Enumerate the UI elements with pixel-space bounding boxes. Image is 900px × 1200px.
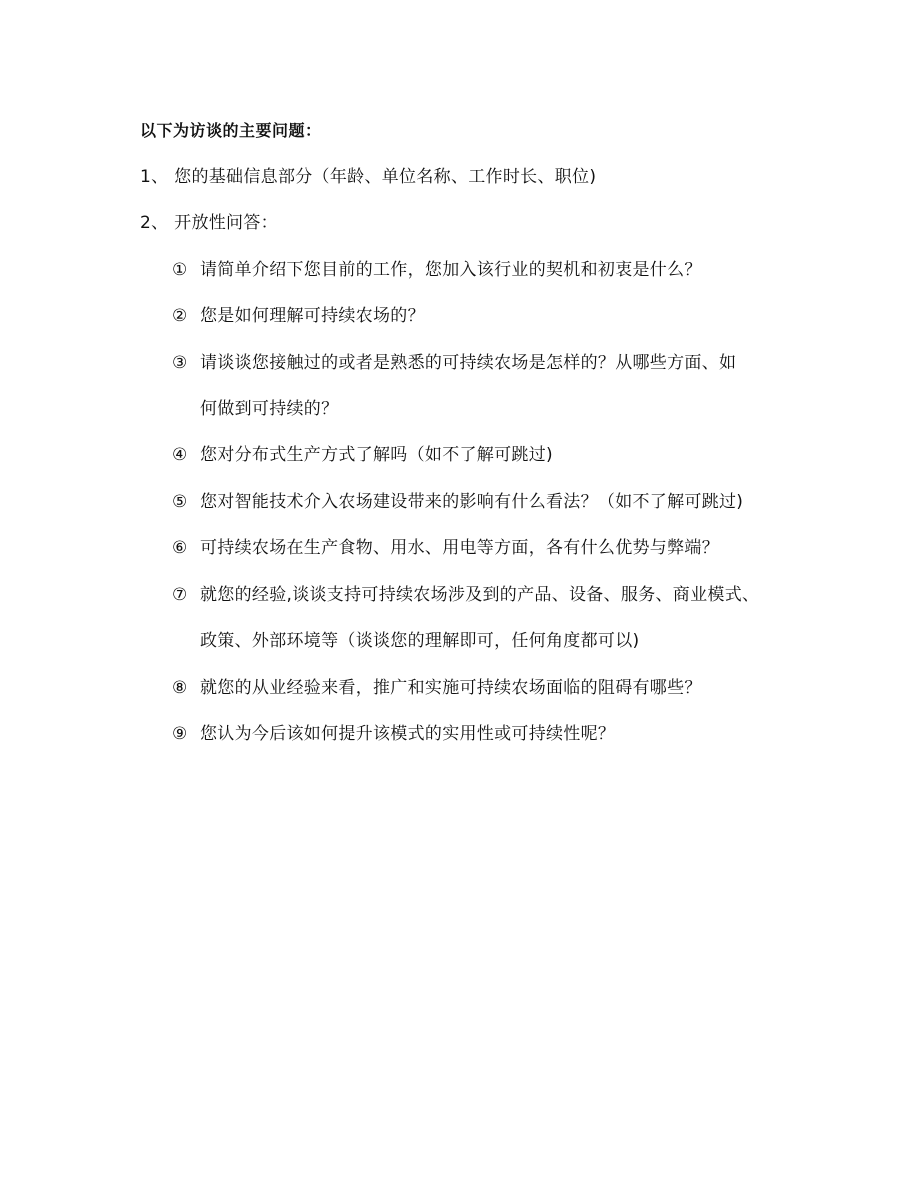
question-number: ⑦ [172,584,200,606]
section-1: 1、 您的基础信息部分（年龄、单位名称、工作时长、职位) [140,166,596,188]
question-text: 您对分布式生产方式了解吗（如不了解可跳过) [200,445,553,465]
question-number: ④ [172,444,200,466]
document-heading: 以下为访谈的主要问题： [140,120,322,142]
question-text: 就您的从业经验来看，推广和实施可持续农场面临的阻碍有哪些？ [200,678,702,698]
section-text: 开放性问答： [174,213,278,233]
question-7-continuation: 政策、外部环境等（谈谈您的理解即可，任何角度都可以) [200,630,639,652]
section-2: 2、 开放性问答： [140,212,278,234]
question-6: ⑥可持续农场在生产食物、用水、用电等方面，各有什么优势与弊端？ [172,537,719,559]
question-number: ⑤ [172,491,200,513]
question-3-continuation: 何做到可持续的？ [200,398,338,420]
document-page: 以下为访谈的主要问题： 1、 您的基础信息部分（年龄、单位名称、工作时长、职位)… [0,0,900,1200]
question-text: 您对智能技术介入农场建设带来的影响有什么看法？（如不了解可跳过) [200,492,743,512]
question-number: ① [172,259,200,281]
question-9: ⑨您认为今后该如何提升该模式的实用性或可持续性呢？ [172,723,615,745]
section-number: 1、 [140,167,168,187]
question-3: ③请谈谈您接触过的或者是熟悉的可持续农场是怎样的？从哪些方面、如 [172,352,736,374]
question-7: ⑦就您的经验,谈谈支持可持续农场涉及到的产品、设备、服务、商业模式、 [172,584,759,606]
question-2: ②您是如何理解可持续农场的？ [172,305,425,327]
question-text: 就您的经验,谈谈支持可持续农场涉及到的产品、设备、服务、商业模式、 [200,585,759,605]
question-number: ⑧ [172,677,200,699]
question-text: 请谈谈您接触过的或者是熟悉的可持续农场是怎样的？从哪些方面、如 [200,353,736,373]
question-5: ⑤您对智能技术介入农场建设带来的影响有什么看法？（如不了解可跳过) [172,491,743,513]
question-text: 您认为今后该如何提升该模式的实用性或可持续性呢？ [200,724,615,744]
question-4: ④您对分布式生产方式了解吗（如不了解可跳过) [172,444,553,466]
question-number: ⑨ [172,723,200,745]
section-number: 2、 [140,213,168,233]
question-text: 您是如何理解可持续农场的？ [200,306,425,326]
section-text: 您的基础信息部分（年龄、单位名称、工作时长、职位) [174,167,596,187]
question-number: ⑥ [172,537,200,559]
question-number: ③ [172,352,200,374]
question-8: ⑧就您的从业经验来看，推广和实施可持续农场面临的阻碍有哪些？ [172,677,702,699]
question-text: 请简单介绍下您目前的工作，您加入该行业的契机和初衷是什么？ [200,260,702,280]
question-number: ② [172,305,200,327]
question-text: 可持续农场在生产食物、用水、用电等方面，各有什么优势与弊端？ [200,538,719,558]
question-1: ①请简单介绍下您目前的工作，您加入该行业的契机和初衷是什么？ [172,259,702,281]
